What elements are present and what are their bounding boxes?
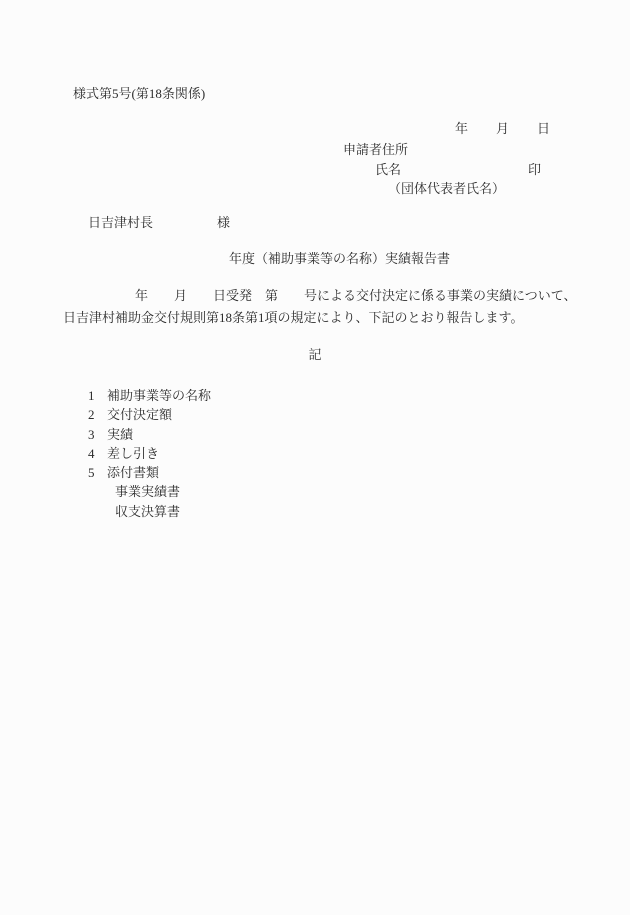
list-item: 3 実績 <box>88 425 211 444</box>
list-item: 2 交付決定額 <box>88 405 211 424</box>
attachment-item: 事業実績書 <box>88 482 211 501</box>
date-month-label: 月 <box>496 122 509 135</box>
attachment-item: 収支決算書 <box>88 502 211 521</box>
item-label: 添付書類 <box>107 463 159 482</box>
seal-label: 印 <box>528 163 541 176</box>
date-day-label: 日 <box>537 122 550 135</box>
ki-section-marker: 記 <box>0 348 630 361</box>
addressee-honorific: 様 <box>217 216 230 229</box>
item-number: 3 <box>88 425 107 444</box>
item-number: 5 <box>88 463 107 482</box>
report-form-page: 様式第5号(第18条関係) 年 月 日 申請者住所 氏名 印 （団体代表者氏名）… <box>0 0 630 915</box>
date-line: 年 月 日 <box>455 122 550 135</box>
addressee-line: 日吉津村長 様 <box>88 216 230 229</box>
list-item: 1 補助事業等の名称 <box>88 386 211 405</box>
applicant-address-label: 申請者住所 <box>343 143 408 156</box>
date-year-label: 年 <box>455 122 468 135</box>
item-label: 実績 <box>107 425 133 444</box>
list-item: 5 添付書類 <box>88 463 211 482</box>
addressee-name: 日吉津村長 <box>88 216 153 229</box>
list-item: 4 差し引き <box>88 444 211 463</box>
applicant-name-row: 氏名 印 <box>375 163 541 176</box>
form-number-label: 様式第5号(第18条関係) <box>73 87 205 100</box>
item-label: 交付決定額 <box>107 405 172 424</box>
applicant-name-label: 氏名 <box>375 163 401 176</box>
item-number: 1 <box>88 386 107 405</box>
item-label: 補助事業等の名称 <box>107 386 211 405</box>
item-list: 1 補助事業等の名称 2 交付決定額 3 実績 4 差し引き 5 添付書類 事業… <box>88 386 211 521</box>
item-label: 差し引き <box>107 444 159 463</box>
body-paragraph-line2: 日吉津村補助金交付規則第18条第1項の規定により、下記のとおり報告します。 <box>63 311 523 324</box>
representative-name-note: （団体代表者氏名） <box>388 182 505 195</box>
document-title: 年度（補助事業等の名称）実績報告書 <box>229 252 450 265</box>
item-number: 4 <box>88 444 107 463</box>
body-paragraph-line1: 年 月 日受発 第 号による交付決定に係る事業の実績について、 <box>135 289 576 302</box>
item-number: 2 <box>88 405 107 424</box>
